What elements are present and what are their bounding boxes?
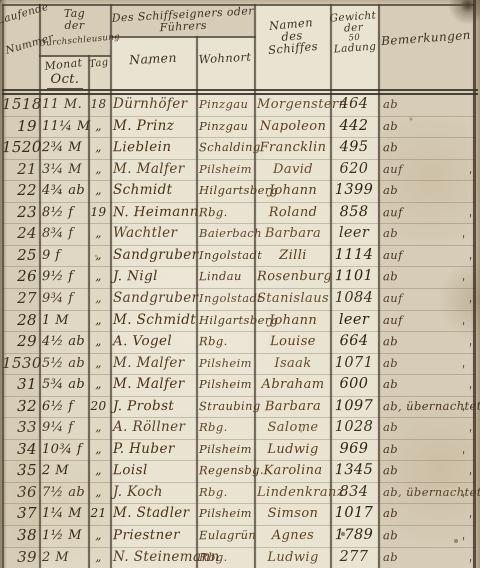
row-weight: 620 (331, 159, 377, 181)
row-ship-name: Rosenburg (257, 266, 329, 289)
row-time: 4½ ab (42, 331, 87, 353)
row-ship-name: Salome (257, 417, 329, 439)
row-day: „ (88, 439, 109, 461)
row-number: 29 (2, 331, 37, 353)
ledger-row: 36 7½ ab „ J. Koch Rbg. Lindenkranz 834 … (0, 482, 480, 504)
row-weight: 600 (331, 374, 377, 396)
ledger-row: 37 1¼ M 21 M. Stadler Pilsheim Simson 10… (0, 503, 480, 525)
row-owner-name: N. Heimann (113, 201, 196, 224)
row-number: 1530 (2, 353, 37, 375)
row-time: 11¼ M (42, 116, 87, 138)
row-direction: ab (383, 374, 472, 396)
row-time: 5½ ab (42, 353, 87, 375)
row-owner-name: N. Steinemann (113, 547, 196, 568)
row-weight: 1345 (331, 460, 377, 482)
row-owner-name: Sandgruber (113, 245, 196, 267)
row-time: 9¾ f (42, 288, 87, 310)
row-residence: Eulagrün (199, 525, 253, 547)
row-residence: Pilsheim (199, 439, 253, 461)
row-direction: ab (383, 180, 472, 202)
row-time: 9 f (42, 245, 87, 267)
row-weight: 1114 (331, 245, 377, 267)
row-owner-name: A. Röllner (113, 417, 196, 439)
header-passage-col: Tag der Durchschleusung (39, 8, 110, 46)
row-owner-name: M. Malfer (113, 353, 196, 375)
row-ship-name: Karolina (257, 460, 329, 483)
row-residence: Ingolstadt (199, 288, 253, 310)
ledger-row: 25 9 f „ Sandgruber Ingolstadt Zilli 111… (0, 245, 480, 267)
row-residence: Baierbach (199, 223, 253, 245)
header-passage-line1: Tag (39, 8, 110, 20)
row-ship-name: Morgenstern (257, 94, 329, 116)
row-time: 1¼ M (42, 503, 87, 525)
row-number: 32 (2, 396, 37, 418)
row-day: „ (88, 245, 109, 267)
row-weight: 442 (331, 116, 377, 138)
row-weight: 1071 (331, 353, 377, 375)
row-residence: Ingolstadt (199, 245, 253, 267)
row-ship-name: David (257, 159, 329, 181)
row-residence: Rbg. (199, 331, 253, 353)
row-direction: ab (383, 460, 472, 483)
row-time: 4¾ ab (42, 180, 87, 202)
row-ship-name: Barbara (257, 223, 329, 245)
row-time: 1½ M (42, 525, 87, 547)
ledger-row: 34 10¾ f „ P. Huber Pilsheim Ludwig 969 … (0, 439, 480, 461)
row-residence: Pilsheim (199, 159, 253, 181)
row-weight: 1028 (331, 417, 377, 439)
row-day: „ (88, 482, 109, 504)
header-owner-residence-sub: Wohnort (196, 50, 255, 65)
row-day: „ (88, 223, 109, 245)
ledger-row: 23 8½ f 19 N. Heimann Rbg. Roland 858 au… (0, 202, 480, 224)
row-residence: Regensbg. (199, 460, 253, 482)
row-number: 37 (2, 503, 37, 525)
header-weight-line3: Ladung (331, 41, 380, 55)
row-time: 8¾ f (42, 223, 87, 245)
row-weight: 277 (331, 547, 377, 568)
ledger-row: 21 3¼ M „ M. Malfer Pilsheim David 620 a… (0, 159, 480, 181)
ledger-row: 33 9¼ f „ A. Röllner Rbg. Salome 1028 ab (0, 417, 480, 439)
row-weight: 969 (331, 439, 377, 461)
ledger-row: 29 4½ ab „ A. Vogel Rbg. Louise 664 ab (0, 331, 480, 353)
row-day: „ (88, 331, 109, 353)
ledger-row: 27 9¾ f „ Sandgruber Ingolstadt Stanisla… (0, 288, 480, 310)
owner-subheader-line (110, 36, 256, 38)
row-number: 34 (2, 439, 37, 461)
row-number: 23 (2, 202, 37, 224)
row-residence: Rbg. (199, 547, 253, 568)
month-value: Oct. (42, 73, 88, 87)
row-owner-name: Loisl (113, 460, 196, 483)
row-day: „ (88, 310, 109, 332)
row-residence: Lindau (199, 266, 253, 288)
row-time: 2 M (42, 547, 87, 568)
row-weight: 1084 (331, 288, 377, 310)
row-weight: 1101 (331, 266, 377, 288)
row-weight: leer (331, 310, 377, 332)
row-day: „ (88, 353, 109, 375)
row-ship-name: Louise (257, 331, 329, 354)
row-owner-name: M. Schmidt (113, 310, 196, 332)
row-day: „ (88, 547, 109, 568)
row-direction: auf (383, 159, 472, 181)
row-residence: Straubing (199, 395, 253, 417)
row-owner-name: Sandgruber (113, 288, 196, 310)
ledger-row: 28 1 M „ M. Schmidt Hilgartsberg Johann … (0, 310, 480, 332)
row-owner-name: J. Probst (113, 395, 196, 418)
row-number: 21 (2, 159, 37, 181)
row-direction: auf (383, 288, 472, 310)
row-weight: 1789 (331, 525, 377, 547)
row-residence: Rbg. (199, 202, 253, 224)
row-time: 10¾ f (42, 439, 87, 461)
row-owner-name: M. Prinz (113, 116, 196, 138)
row-day: „ (88, 288, 109, 310)
row-day: „ (88, 159, 109, 181)
row-direction: ab (383, 547, 472, 568)
ledger-row: 19 11¼ M „ M. Prinz Pinzgau Napoleon 442… (0, 116, 480, 138)
row-ship-name: Ludwig (257, 547, 329, 568)
row-number: 36 (2, 482, 37, 504)
row-number: 38 (2, 525, 37, 547)
row-number: 33 (2, 417, 37, 439)
row-number: 22 (2, 180, 37, 202)
row-time: 7½ ab (42, 482, 87, 504)
row-direction: ab (383, 137, 472, 160)
header-month-sub: Monat (39, 56, 89, 73)
row-residence: Pilsheim (199, 374, 253, 396)
row-time: 1 M (42, 310, 87, 332)
ledger-row: 24 8¾ f „ Wachtler Baierbach Barbara lee… (0, 223, 480, 245)
header-remarks-col: Bemerkungen (378, 29, 475, 48)
row-day: „ (88, 137, 109, 159)
row-direction: ab (383, 503, 472, 525)
row-number: 25 (2, 245, 37, 267)
row-ship-name: Napoleon (257, 116, 329, 138)
row-weight: 1097 (331, 396, 377, 418)
row-residence: Hilgartsberg (199, 180, 253, 202)
ledger-row: 26 9½ f „ J. Nigl Lindau Rosenburg 1101 … (0, 266, 480, 288)
row-number: 24 (2, 223, 37, 245)
ledger-row: 1520 2¾ M „ Lieblein Schalding Francklin… (0, 137, 480, 159)
row-time: 8½ f (42, 202, 87, 224)
row-number: 27 (2, 288, 37, 310)
row-day: „ (88, 374, 109, 396)
row-time: 3¼ M (42, 159, 87, 181)
row-weight: leer (331, 223, 377, 245)
row-direction: auf (383, 201, 472, 224)
row-owner-name: Lieblein (113, 137, 196, 160)
row-ship-name: Lindenkranz (257, 482, 329, 504)
row-ship-name: Abraham (257, 374, 329, 396)
row-owner-name: M. Malfer (113, 374, 196, 396)
row-residence: Schalding (199, 137, 253, 159)
row-residence: Rbg. (199, 482, 253, 504)
row-number: 19 (2, 116, 37, 138)
row-ship-name: Zilli (257, 245, 329, 267)
header-owner-name-sub: Namen (110, 50, 197, 68)
row-ship-name: Agnes (257, 525, 329, 548)
row-ship-name: Barbara (257, 395, 329, 418)
row-day: 19 (88, 202, 109, 224)
row-direction: ab (383, 94, 472, 116)
header-owner-col: Des Schiffseigners oder Führers (111, 5, 254, 35)
ledger-row: 31 5¾ ab „ M. Malfer Pilsheim Abraham 60… (0, 374, 480, 396)
row-ship-name: Ludwig (257, 439, 329, 461)
ledger-row: 1530 5½ ab „ M. Malfer Pilsheim Isaak 10… (0, 353, 480, 375)
row-direction: ab (383, 417, 472, 439)
ledger-row: 38 1½ M „ Priestner Eulagrün Agnes 1789 … (0, 525, 480, 547)
header-passage-line3: Durchschleusung (39, 34, 111, 49)
header-weight-col: Gewicht der 50 Ladung (329, 10, 380, 55)
row-direction: auf (383, 245, 472, 267)
row-day: 21 (88, 503, 109, 525)
row-ship-name: Simson (257, 503, 329, 525)
row-residence: Pilsheim (199, 353, 253, 375)
row-time: 11 M. (42, 94, 87, 116)
row-ship-name: Isaak (257, 353, 329, 375)
row-direction: ab (383, 331, 472, 354)
row-owner-name: P. Huber (113, 439, 196, 461)
row-day: 20 (88, 396, 109, 418)
row-weight: 834 (331, 482, 377, 504)
row-residence: Rbg. (199, 417, 253, 439)
row-direction: ab (383, 116, 472, 138)
row-ship-name: Francklin (257, 137, 329, 160)
ledger-row: 22 4¾ ab „ Schmidt Hilgartsberg Johann 1… (0, 180, 480, 202)
row-weight: 1017 (331, 503, 377, 525)
row-number: 28 (2, 310, 37, 332)
row-residence: Pinzgau (199, 116, 253, 138)
ledger-row: 32 6½ f 20 J. Probst Straubing Barbara 1… (0, 396, 480, 418)
ledger-row: 39 2 M „ N. Steinemann Rbg. Ludwig 277 a… (0, 547, 480, 568)
row-number: 35 (2, 460, 37, 482)
row-time: 2 M (42, 460, 87, 482)
row-number: 26 (2, 266, 37, 288)
row-ship-name: Stanislaus (257, 288, 329, 310)
row-owner-name: M. Stadler (113, 503, 196, 525)
row-time: 9¼ f (42, 417, 87, 439)
row-owner-name: J. Nigl (113, 266, 196, 289)
row-number: 39 (2, 547, 37, 568)
row-day: „ (88, 116, 109, 138)
row-owner-name: Wachtler (113, 223, 196, 245)
row-day: „ (88, 460, 109, 482)
header-number-line1: Laufende (0, 5, 37, 27)
header-passage-line2: der (39, 20, 110, 32)
row-number: 31 (2, 374, 37, 396)
header-double-line-1 (2, 89, 478, 91)
row-owner-name: Priestner (113, 525, 196, 548)
row-owner-name: M. Malfer (113, 159, 196, 181)
ledger-row: 1518 11 M. 18 Dürnhöfer Pinzgau Morgenst… (0, 94, 480, 116)
row-ship-name: Johann (257, 180, 329, 202)
row-day: „ (88, 417, 109, 439)
row-time: 5¾ ab (42, 374, 87, 396)
header-ship-col: Namen des Schiffes (253, 15, 332, 58)
row-time: 6½ f (42, 396, 87, 418)
row-day: „ (88, 266, 109, 288)
row-weight: 858 (331, 202, 377, 224)
row-owner-name: Dürnhöfer (113, 94, 196, 116)
row-ship-name: Johann (257, 310, 329, 332)
row-weight: 664 (331, 331, 377, 353)
row-weight: 1399 (331, 180, 377, 202)
row-day: „ (88, 525, 109, 547)
header-day-sub: Tag (87, 58, 110, 71)
row-residence: Pilsheim (199, 503, 253, 525)
row-ship-name: Roland (257, 201, 329, 224)
month-value-text: Oct. (47, 72, 84, 89)
row-residence: Pinzgau (199, 94, 253, 116)
row-owner-name: Schmidt (113, 180, 196, 202)
ledger-page: Laufende Nummer Tag der Durchschleusung … (0, 0, 480, 568)
row-time: 9½ f (42, 266, 87, 288)
ink-specks (0, 0, 2, 2)
row-owner-name: A. Vogel (113, 331, 196, 354)
row-residence: Hilgartsberg (199, 310, 253, 332)
ledger-row: 35 2 M „ Loisl Regensbg. Karolina 1345 a… (0, 460, 480, 482)
row-weight: 495 (331, 137, 377, 159)
row-day: 18 (88, 94, 109, 116)
row-day: „ (88, 180, 109, 202)
row-weight: 464 (331, 94, 377, 116)
row-owner-name: J. Koch (113, 482, 196, 504)
row-time: 2¾ M (42, 137, 87, 159)
row-number: 1520 (2, 137, 37, 159)
row-number: 1518 (2, 94, 37, 116)
